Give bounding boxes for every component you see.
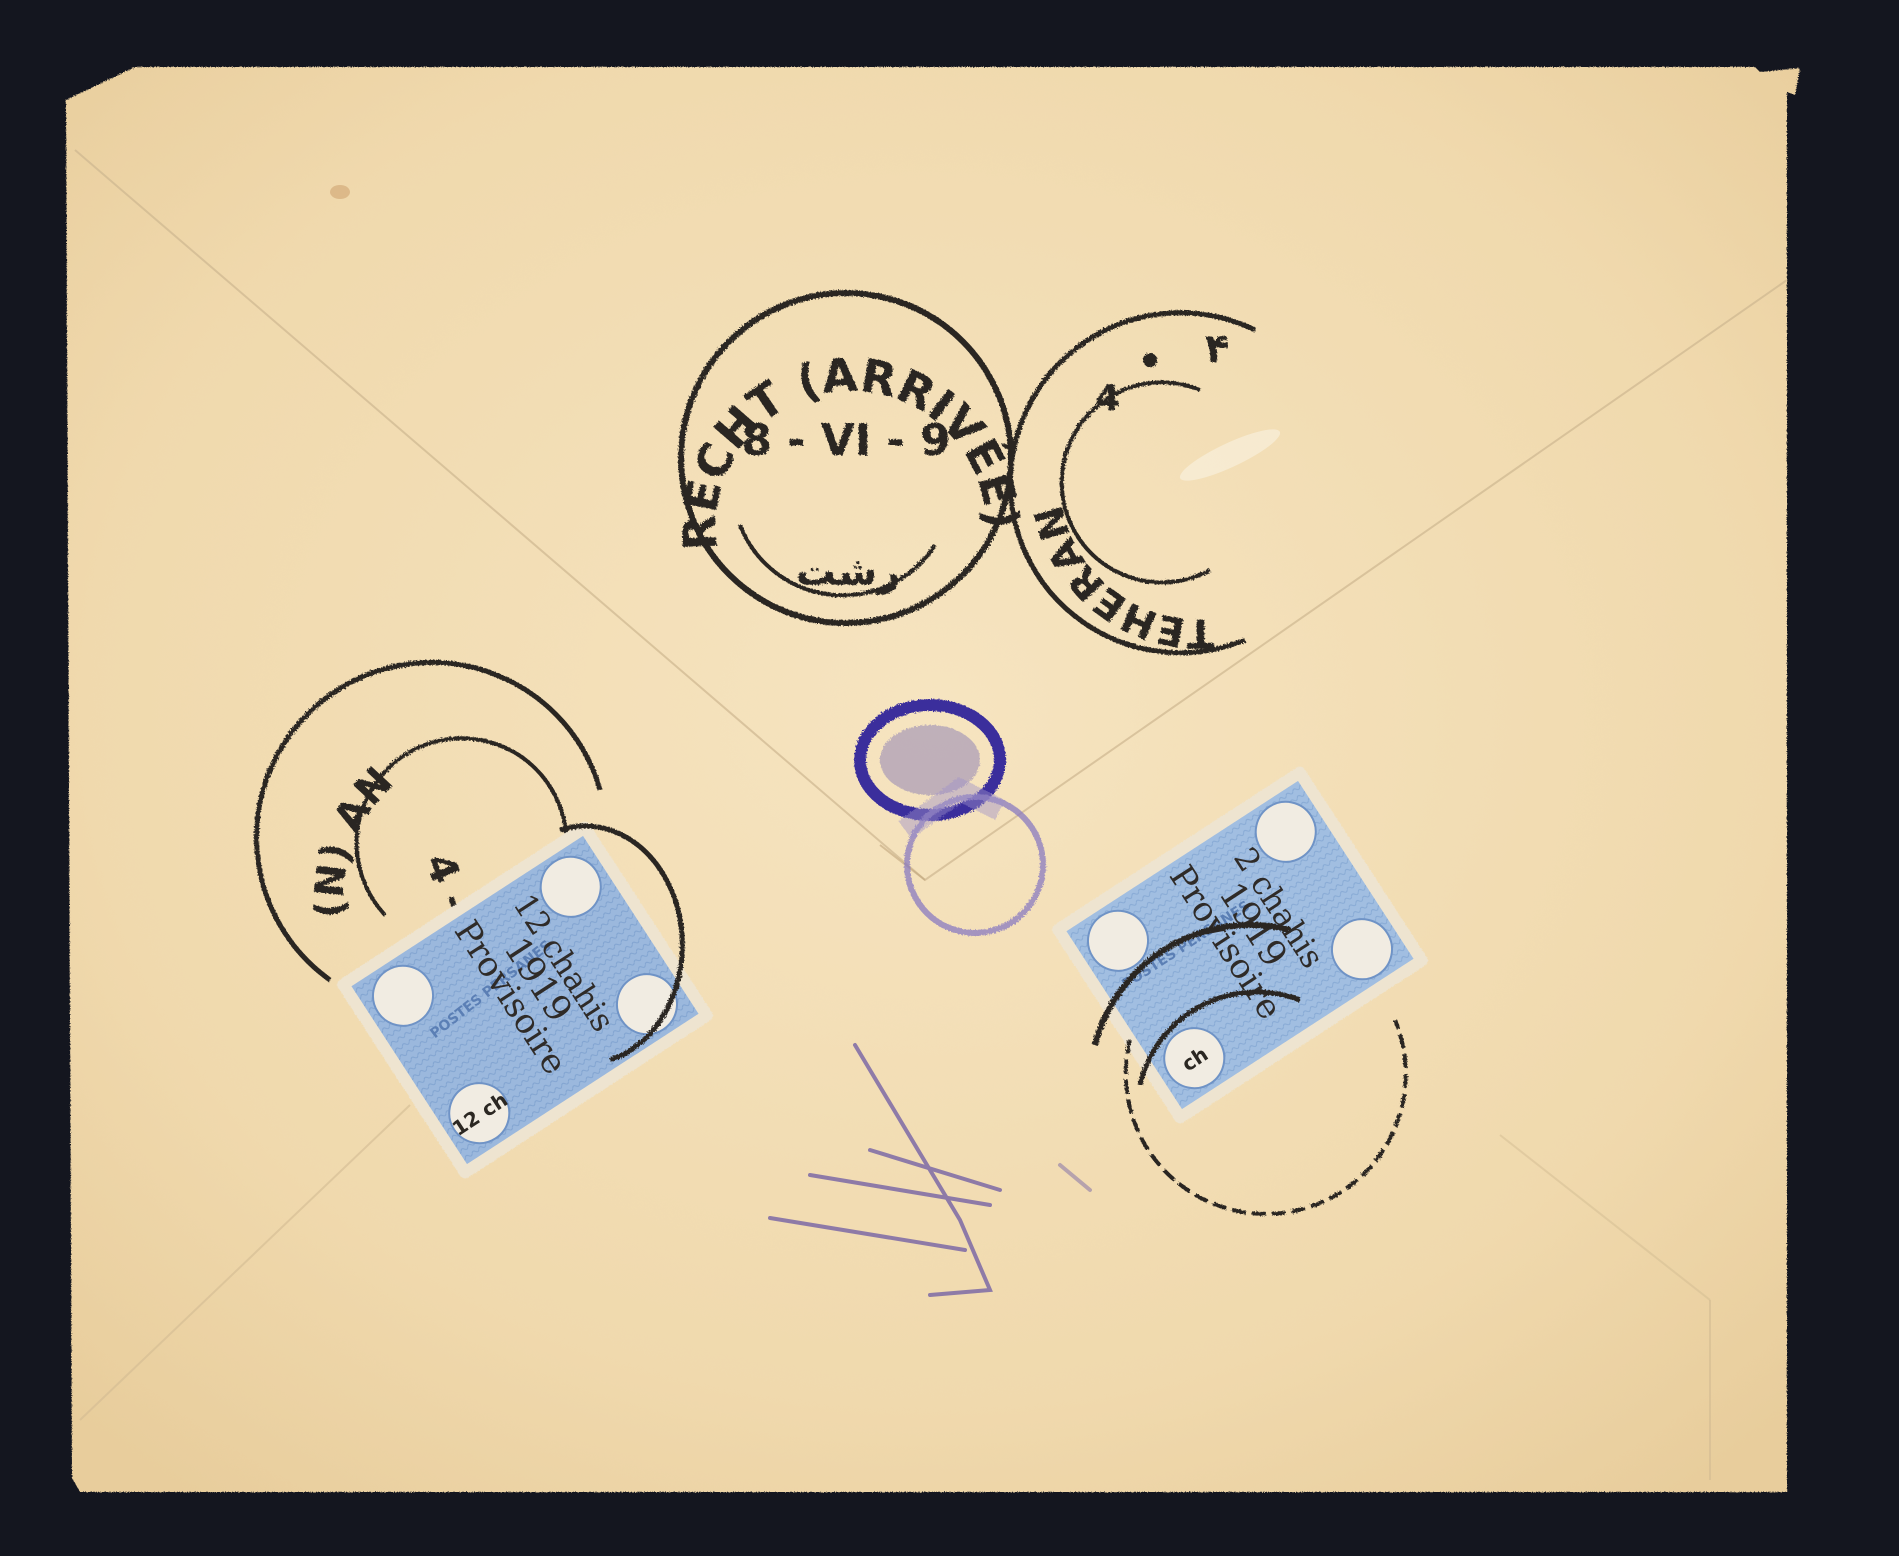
teheran-right-persian: ۴	[1205, 326, 1229, 372]
rasht-postmark-persian: رشت	[796, 549, 901, 595]
rasht-postmark-date: 8 - VI - 9	[741, 415, 950, 466]
envelope-scene: RECHT (ARRIVÉE) 8 - VI - 9 رشت TEHERAN 4…	[0, 0, 1899, 1556]
teheran-right-fragment: 4	[1095, 378, 1120, 419]
